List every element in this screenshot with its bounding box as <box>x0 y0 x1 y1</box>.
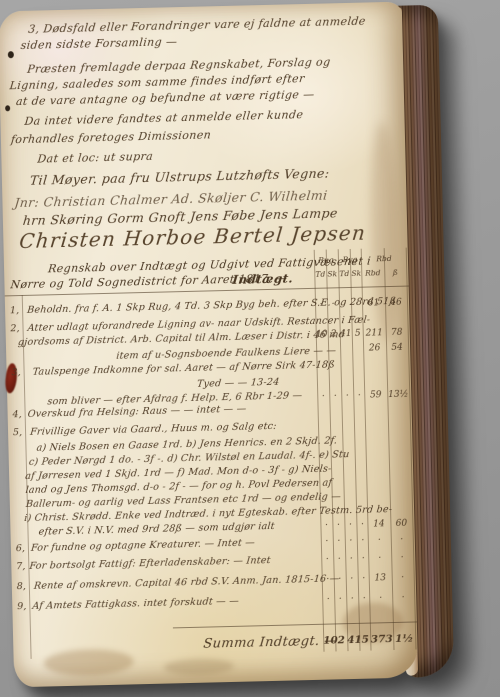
ink-speck <box>8 51 14 58</box>
column-sub-ss: ß <box>384 268 406 278</box>
amount-cell: · <box>334 594 346 604</box>
amount-cell: · <box>392 593 414 604</box>
amount-cell: · <box>345 554 357 564</box>
amount-cell: 2 <box>328 329 340 339</box>
column-rule <box>350 249 361 651</box>
amount-cell: 46 <box>385 298 407 309</box>
amount-cell: 26 <box>363 343 386 354</box>
entry-number: 5, <box>8 427 22 438</box>
minutes-line: forhandles foretoges Dimissionen <box>10 128 212 146</box>
summary-amount-cell: 10 <box>323 634 335 646</box>
amount-cell: 61 <box>362 298 385 309</box>
amount-cell: 14 <box>367 519 390 530</box>
amount-cell: · <box>315 300 327 310</box>
amount-cell: · <box>368 553 391 564</box>
amount-cell: 60 <box>390 519 412 530</box>
amount-cell: · <box>345 536 357 546</box>
amount-cell: 54 <box>386 343 408 354</box>
entry-number: 2, <box>5 323 19 334</box>
amount-cell: · <box>391 553 413 564</box>
amount-cell: · <box>344 520 356 530</box>
summary-amount-cell: 2 <box>335 634 347 646</box>
amount-cell: · <box>321 554 333 564</box>
stain <box>43 648 134 676</box>
summary-amount-cell: 41 <box>347 634 359 646</box>
amount-cell: · <box>332 520 344 530</box>
entry-number: 1, <box>5 305 19 316</box>
amount-cell: · <box>392 573 414 584</box>
entry-number: 9, <box>12 601 26 612</box>
entry-line: Frivillige Gaver via Gaard., Huus m. og … <box>30 421 278 438</box>
amount-cell: 78 <box>386 328 408 339</box>
manuscript-photo: 3, Dødsfald eller Forandringer vare ej f… <box>0 0 500 697</box>
minutes-line: Da intet videre fandtes at anmelde eller… <box>24 108 304 128</box>
amount-cell: · <box>333 536 345 546</box>
ledger-book: 3, Dødsfald eller Forandringer vare ej f… <box>0 1 456 690</box>
amount-cell: · <box>391 535 413 546</box>
entry-line: Rente af omskrevn. Capital 46 rbd S.V. A… <box>33 573 340 591</box>
column-rule <box>361 249 372 651</box>
entry-line: efter S.V. i N.V. med 9rd 28ß — som udgj… <box>38 521 275 538</box>
amount-cell: 59 <box>364 390 387 401</box>
amount-cell: · <box>346 574 358 584</box>
entry-line: Af Amtets Fattigkass. intet forskudt — — <box>32 596 240 612</box>
amount-cell: · <box>322 594 334 604</box>
ledger-page: 3, Dødsfald eller Forandringer vare ej f… <box>0 2 418 688</box>
section-label: Indtægt. <box>232 271 294 287</box>
entry-number: 6, <box>11 543 25 554</box>
entry-line: For bortsolgt Fattigf: Efterladenskaber:… <box>29 555 271 572</box>
amount-cell: · <box>317 392 329 402</box>
amount-cell: · <box>322 574 334 584</box>
entry-number: 8, <box>12 581 26 592</box>
stain <box>164 658 234 676</box>
amount-cell: 13 <box>369 573 392 584</box>
summary-amount-cell: 373 <box>370 633 393 646</box>
entry-number: 7, <box>11 561 25 572</box>
entry-number: 4, <box>8 409 22 420</box>
entry-line: Tyed — — 13-24 <box>196 377 279 390</box>
amount-cell: · <box>369 593 392 604</box>
amount-cell: · <box>346 594 358 604</box>
minutes-line: siden sidste Forsamling — <box>20 35 178 52</box>
amount-cell: · <box>321 536 333 546</box>
amount-cell: 10 <box>316 330 328 340</box>
amount-cell: · <box>368 535 391 546</box>
attestation-line: Til Møyer. paa fru Ulstrups Lutzhøfts Ve… <box>29 165 330 187</box>
entry-line: For fundne og optagne Kreaturer. — Intet… <box>30 537 255 554</box>
summary-label: Summa Indtægt. — <box>203 633 339 651</box>
column-sub-sk: Sk <box>326 269 338 278</box>
amount-cell: 13½ <box>387 390 409 401</box>
ink-speck <box>5 105 10 111</box>
minutes-line: Dat et loc: ut supra <box>37 150 154 166</box>
amount-cell: · <box>341 391 353 401</box>
amount-cell: · <box>333 554 345 564</box>
summary-amount-cell: 1½ <box>393 632 415 645</box>
entry-number: 3, <box>6 367 20 378</box>
amount-cell: · <box>320 520 332 530</box>
amount-cell: · <box>327 299 339 309</box>
amount-cell: · <box>329 391 341 401</box>
amount-cell: 211 <box>363 328 386 339</box>
amount-cell: · <box>334 574 346 584</box>
column-sub-td: Td <box>314 270 326 279</box>
amount-cell: · <box>339 299 351 309</box>
column-sub-td: Td <box>338 269 350 278</box>
minutes-line: 3, Dødsfald eller Forandringer vare ej f… <box>28 14 367 35</box>
entry-line: Taulspenge Indkomne for sal. Aaret — af … <box>32 359 335 377</box>
amount-cell: 41 <box>340 329 352 339</box>
column-sub-rbd: Rbd <box>361 268 384 278</box>
